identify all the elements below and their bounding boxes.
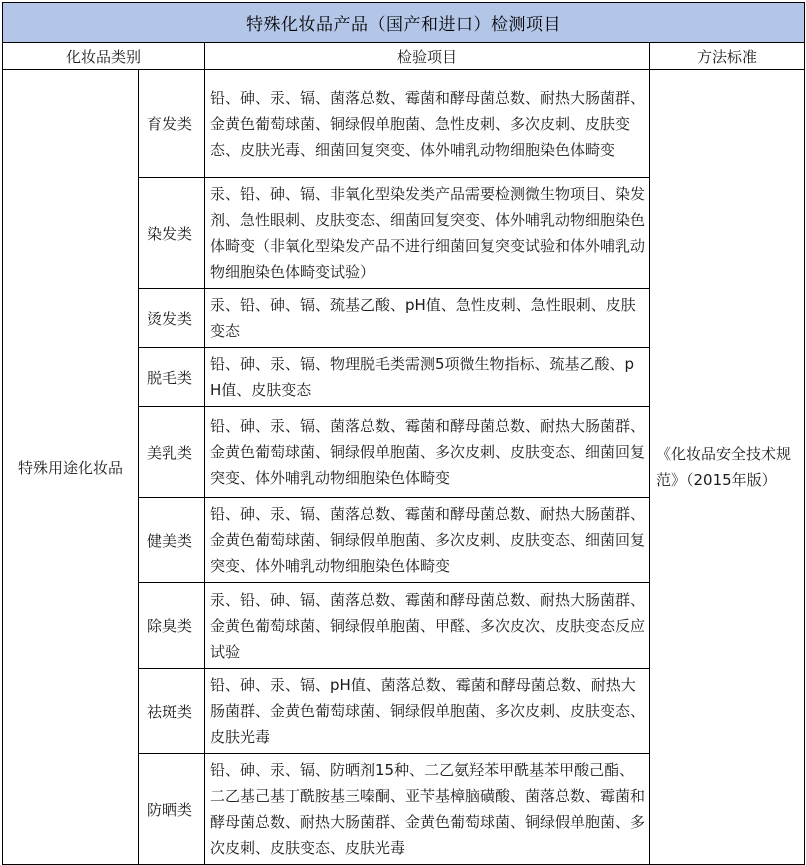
category-cell: 美乳类 (139, 407, 205, 498)
category-cell: 防晒类 (139, 754, 205, 865)
items-cell: 铅、砷、汞、镉、pH值、菌落总数、霉菌和酵母菌总数、耐热大肠菌群、金黄色葡萄球菌… (205, 669, 650, 754)
items-cell: 汞、铅、砷、镉、巯基乙酸、pH值、急性皮刺、急性眼刺、皮肤变态 (205, 289, 650, 348)
items-cell: 汞、铅、砷、镉、非氧化型染发类产品需要检测微生物项目、染发剂、急性眼刺、皮肤变态… (205, 178, 650, 289)
category-cell: 祛斑类 (139, 669, 205, 754)
table-title: 特殊化妆品产品（国产和进口）检测项目 (3, 3, 805, 43)
page: 特殊化妆品产品（国产和进口）检测项目 化妆品类别 检验项目 方法标准 特殊用途化… (0, 0, 806, 841)
category-cell: 健美类 (139, 498, 205, 583)
items-cell: 汞、铅、砷、镉、菌落总数、霉菌和酵母菌总数、耐热大肠菌群、金黄色葡萄球菌、铜绿假… (205, 583, 650, 669)
header-category-group: 化妆品类别 (3, 43, 205, 70)
header-method-standard: 方法标准 (650, 43, 805, 70)
category-cell: 脱毛类 (139, 348, 205, 407)
items-cell: 铅、砷、汞、镉、菌落总数、霉菌和酵母菌总数、耐热大肠菌群、金黄色葡萄球菌、铜绿假… (205, 407, 650, 498)
category-group-cell: 特殊用途化妆品 (3, 70, 139, 865)
header-row: 化妆品类别 检验项目 方法标准 (3, 43, 805, 70)
category-cell: 染发类 (139, 178, 205, 289)
items-cell: 铅、砷、汞、镉、菌落总数、霉菌和酵母菌总数、耐热大肠菌群、金黄色葡萄球菌、铜绿假… (205, 70, 650, 178)
category-cell: 除臭类 (139, 583, 205, 669)
items-cell: 铅、砷、汞、镉、物理脱毛类需测5项微生物指标、巯基乙酸、pH值、皮肤变态 (205, 348, 650, 407)
category-cell: 烫发类 (139, 289, 205, 348)
items-cell: 铅、砷、汞、镉、菌落总数、霉菌和酵母菌总数、耐热大肠菌群、金黄色葡萄球菌、铜绿假… (205, 498, 650, 583)
method-standard-cell: 《化妆品安全技术规范》（2015年版） (650, 70, 805, 865)
special-cosmetics-test-table: 特殊化妆品产品（国产和进口）检测项目 化妆品类别 检验项目 方法标准 特殊用途化… (2, 2, 805, 865)
header-test-items: 检验项目 (205, 43, 650, 70)
category-cell: 育发类 (139, 70, 205, 178)
title-row: 特殊化妆品产品（国产和进口）检测项目 (3, 3, 805, 43)
table-row: 特殊用途化妆品 育发类 铅、砷、汞、镉、菌落总数、霉菌和酵母菌总数、耐热大肠菌群… (3, 70, 805, 178)
items-cell: 铅、砷、汞、镉、防晒剂15种、二乙氨羟苯甲酰基苯甲酸己酯、二乙基己基丁酰胺基三嗪… (205, 754, 650, 865)
